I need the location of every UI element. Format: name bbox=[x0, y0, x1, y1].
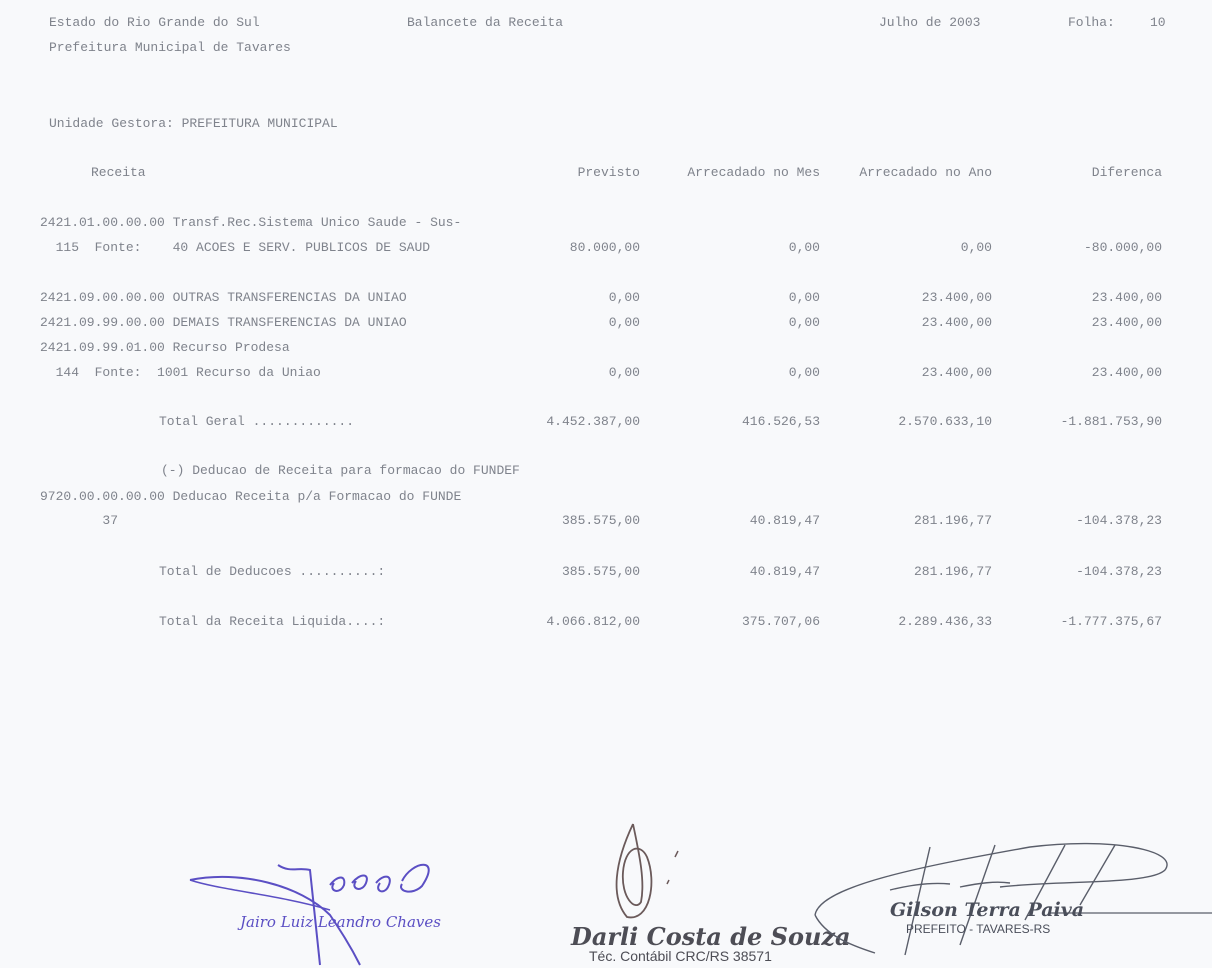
cell-diferenca: -104.378,23 bbox=[992, 513, 1162, 529]
cell-arrecadado-ano: 2.289.436,33 bbox=[820, 614, 992, 630]
row-label: Total da Receita Liquida....: bbox=[159, 614, 385, 630]
state-name: Estado do Rio Grande do Sul bbox=[49, 15, 260, 31]
cell-previsto: 385.575,00 bbox=[500, 564, 640, 580]
signatory-role: PREFEITO - TAVARES-RS bbox=[906, 922, 1050, 936]
sheet-label: Folha: bbox=[1068, 15, 1115, 31]
sheet-number: 10 bbox=[1150, 15, 1166, 31]
cell-previsto: 80.000,00 bbox=[500, 240, 640, 256]
cell-diferenca: -1.881.753,90 bbox=[992, 414, 1162, 430]
col-header-receita: Receita bbox=[91, 165, 146, 181]
cell-diferenca: -104.378,23 bbox=[992, 564, 1162, 580]
signatory-name: Darli Costa de Souza bbox=[571, 922, 851, 951]
row-label: 2421.09.99.00.00 DEMAIS TRANSFERENCIAS D… bbox=[40, 315, 407, 331]
row-label: 2421.09.00.00.00 OUTRAS TRANSFERENCIAS D… bbox=[40, 290, 407, 306]
cell-diferenca: -80.000,00 bbox=[992, 240, 1162, 256]
cell-arrecadado-mes: 40.819,47 bbox=[640, 513, 820, 529]
row-label: 144 Fonte: 1001 Recurso da Uniao bbox=[40, 365, 321, 381]
row-label: Total de Deducoes ..........: bbox=[159, 564, 385, 580]
report-title: Balancete da Receita bbox=[407, 15, 563, 31]
signatory-name: Gilson Terra Paiva bbox=[890, 899, 1084, 921]
cell-arrecadado-ano: 23.400,00 bbox=[820, 315, 992, 331]
cell-arrecadado-mes: 375.707,06 bbox=[640, 614, 820, 630]
cell-arrecadado-ano: 23.400,00 bbox=[820, 365, 992, 381]
cell-arrecadado-ano: 281.196,77 bbox=[820, 564, 992, 580]
cell-previsto: 385.575,00 bbox=[500, 513, 640, 529]
row-label: 2421.01.00.00.00 Transf.Rec.Sistema Unic… bbox=[40, 215, 461, 231]
cell-arrecadado-mes: 40.819,47 bbox=[640, 564, 820, 580]
cell-previsto: 4.452.387,00 bbox=[500, 414, 640, 430]
municipality-name: Prefeitura Municipal de Tavares bbox=[49, 40, 291, 56]
col-header-previsto: Previsto bbox=[500, 165, 640, 181]
cell-arrecadado-mes: 0,00 bbox=[640, 365, 820, 381]
managing-unit: Unidade Gestora: PREFEITURA MUNICIPAL bbox=[49, 116, 338, 132]
report-period: Julho de 2003 bbox=[879, 15, 980, 31]
cell-diferenca: 23.400,00 bbox=[992, 290, 1162, 306]
cell-previsto: 4.066.812,00 bbox=[500, 614, 640, 630]
row-label: 9720.00.00.00.00 Deducao Receita p/a For… bbox=[40, 489, 461, 505]
cell-arrecadado-mes: 416.526,53 bbox=[640, 414, 820, 430]
cell-arrecadado-ano: 0,00 bbox=[820, 240, 992, 256]
row-label: 37 bbox=[40, 513, 118, 529]
cell-arrecadado-ano: 2.570.633,10 bbox=[820, 414, 992, 430]
handwritten-signature-icon bbox=[605, 822, 685, 922]
col-header-arrecadado-mes: Arrecadado no Mes bbox=[640, 165, 820, 181]
row-label: Total Geral ............. bbox=[159, 414, 354, 430]
cell-previsto: 0,00 bbox=[500, 290, 640, 306]
cell-arrecadado-ano: 23.400,00 bbox=[820, 290, 992, 306]
cell-previsto: 0,00 bbox=[500, 315, 640, 331]
cell-arrecadado-ano: 281.196,77 bbox=[820, 513, 992, 529]
cell-previsto: 0,00 bbox=[500, 365, 640, 381]
cell-diferenca: 23.400,00 bbox=[992, 365, 1162, 381]
signatory-role: Téc. Contábil CRC/RS 38571 bbox=[589, 948, 772, 964]
cell-arrecadado-mes: 0,00 bbox=[640, 290, 820, 306]
row-label: 115 Fonte: 40 ACOES E SERV. PUBLICOS DE … bbox=[40, 240, 430, 256]
cell-diferenca: -1.777.375,67 bbox=[992, 614, 1162, 630]
signatory-name: Jairo Luiz Leandro Chaves bbox=[240, 913, 441, 931]
cell-diferenca: 23.400,00 bbox=[992, 315, 1162, 331]
handwritten-signature-icon bbox=[180, 855, 520, 968]
cell-arrecadado-mes: 0,00 bbox=[640, 240, 820, 256]
col-header-arrecadado-ano: Arrecadado no Ano bbox=[820, 165, 992, 181]
col-header-diferenca: Diferenca bbox=[992, 165, 1162, 181]
deduction-heading: (-) Deducao de Receita para formacao do … bbox=[161, 463, 520, 479]
row-label: 2421.09.99.01.00 Recurso Prodesa bbox=[40, 340, 290, 356]
cell-arrecadado-mes: 0,00 bbox=[640, 315, 820, 331]
